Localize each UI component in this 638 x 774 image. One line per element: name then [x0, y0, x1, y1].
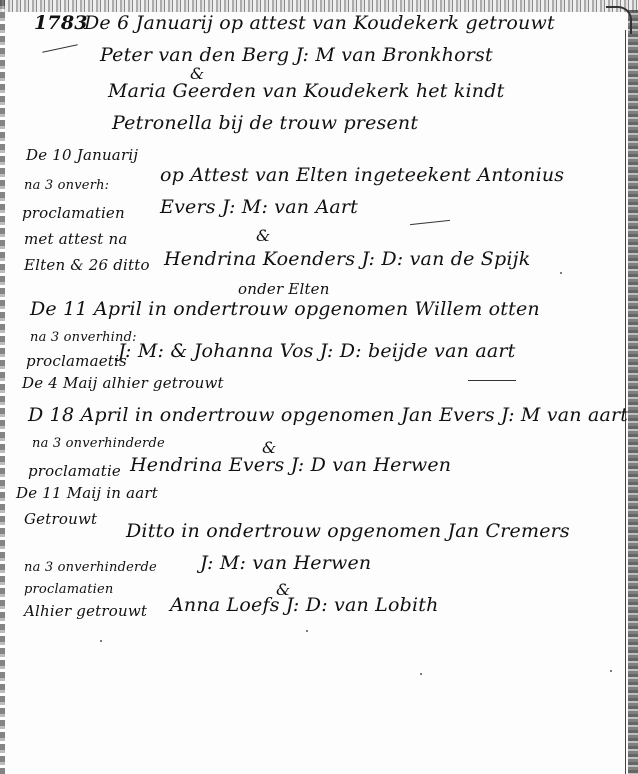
scan-speck [610, 670, 612, 672]
margin-rule [625, 30, 626, 774]
scan-speck [100, 640, 102, 642]
entry-5-margin-3: proclamatien [24, 582, 113, 597]
scan-speck [306, 630, 308, 632]
entry-4-line-1: D 18 April in ondertrouw opgenomen Jan E… [28, 404, 628, 426]
entry-2-flourish [410, 220, 450, 225]
entry-3-line-3: De 4 Maij alhier getrouwt [22, 374, 224, 392]
ampersand: & [256, 226, 270, 245]
entry-1-line-1: De 6 Januarij op attest van Koudekerk ge… [84, 12, 555, 34]
entry-2-line-1: op Attest van Elten ingeteekent Antonius [160, 164, 564, 186]
entry-3-separator [468, 380, 516, 381]
year-marker: 1783 [34, 12, 88, 34]
entry-5-line-2: J: M: van Herwen [200, 552, 371, 574]
page-left-edge [0, 0, 5, 774]
entry-2-line-3: Hendrina Koenders J: D: van de Spijk [164, 248, 530, 270]
year-flourish [42, 44, 77, 52]
page-top-edge [0, 0, 638, 12]
entry-1-line-3: Maria Geerden van Koudekerk het kindt [108, 80, 504, 102]
entry-1-line-4: Petronella bij de trouw present [112, 112, 418, 134]
entry-2-margin-2: proclamatien [22, 204, 125, 222]
entry-2-line-2: Evers J: M: van Aart [160, 196, 358, 218]
entry-3-margin-2: proclamaetis [26, 352, 127, 370]
entry-3-line-1: De 11 April in ondertrouw opgenomen Will… [30, 298, 540, 320]
entry-1-line-2: Peter van den Berg J: M van Bronkhorst [100, 44, 493, 66]
entry-2-margin-1: na 3 onverh: [24, 178, 109, 193]
scan-speck [560, 272, 562, 274]
entry-2-line-4: onder Elten [238, 280, 330, 298]
entry-4-margin-1: na 3 onverhinderde [32, 436, 165, 451]
entry-2-date: De 10 Januarij [26, 146, 138, 164]
scan-speck [420, 673, 422, 675]
document-page: 1783 De 6 Januarij op attest van Koudeke… [0, 0, 638, 774]
entry-4-line-2: Hendrina Evers J: D van Herwen [130, 454, 451, 476]
entry-4-margin-2: proclamatie [28, 462, 121, 480]
entry-5-margin-4: Alhier getrouwt [24, 602, 147, 620]
page-right-edge [628, 10, 638, 774]
entry-5-margin-2: na 3 onverhinderde [24, 560, 157, 575]
entry-2-margin-4: Elten & 26 ditto [24, 256, 150, 274]
entry-4-line-3: De 11 Maij in aart [16, 484, 158, 502]
entry-5-line-3: Anna Loefs J: D: van Lobith [170, 594, 439, 616]
entry-5-line-1: Ditto in ondertrouw opgenomen Jan Cremer… [126, 520, 570, 542]
page-corner [606, 6, 632, 34]
entry-3-line-2: J: M: & Johanna Vos J: D: beijde van aar… [118, 340, 516, 362]
entry-2-margin-3: met attest na [24, 230, 127, 248]
entry-5-margin-1: Getrouwt [24, 510, 97, 528]
